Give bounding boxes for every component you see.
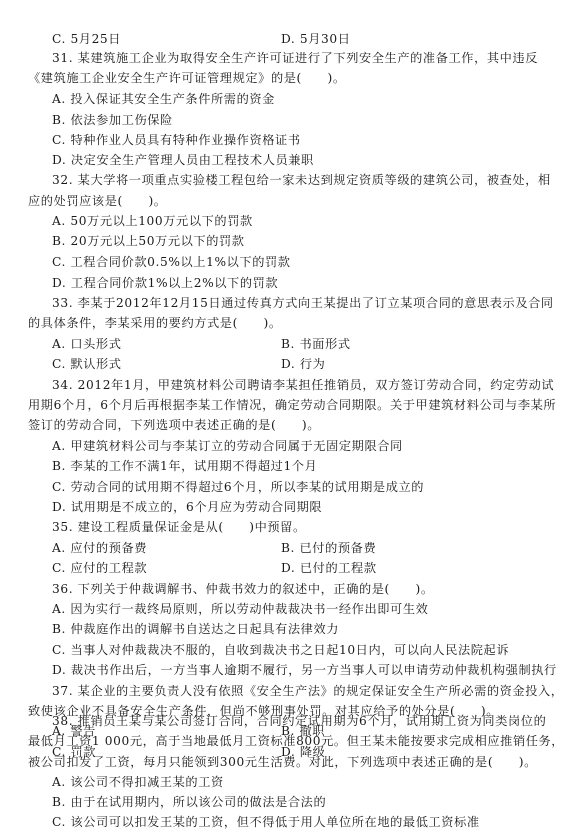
question-38-stem-cont-1: 最低月工资1 000元，高于当地最低月工资标准800元。但王某未能按要求完成相应… [28, 733, 564, 749]
option-38-a: A. 该公司不得扣减王某的工资 [52, 774, 224, 790]
option-35-b: B. 已付的预备费 [281, 540, 376, 556]
question-36-stem: 36. 下列关于仲裁调解书、仲裁书效力的叙述中，正确的是( )。 [52, 581, 434, 597]
option-31-d: D. 决定安全生产管理人员由工程技术人员兼职 [52, 152, 314, 168]
option-33-a: A. 口头形式 [52, 336, 122, 352]
question-33-stem-cont: 的具体条件，李某采用的要约方式是( )。 [28, 315, 282, 331]
option-35-d: D. 已付的工程款 [281, 560, 377, 576]
option-36-c: C. 当事人对仲裁裁决不服的，自收到裁决书之日起10日内，可以向人民法院起诉 [52, 642, 509, 658]
option-36-b: B. 仲裁庭作出的调解书自送达之日起具有法律效力 [52, 621, 339, 637]
question-31-stem-cont: 《建筑施工企业安全生产许可证管理规定》的是( )。 [28, 70, 346, 86]
question-32-stem: 32. 某大学将一项重点实验楼工程包给一家未达到规定资质等级的建筑公司，被查处，… [52, 172, 551, 188]
question-38-stem-cont-2: 被公司扣发了工资，每月只能领到300元生活费。对此，下列选项中表述正确的是( )… [28, 754, 537, 770]
option-34-a: A. 甲建筑材料公司与李某订立的劳动合同属于无固定期限合同 [52, 438, 403, 454]
option-38-b: B. 由于在试用期内，所以该公司的做法是合法的 [52, 794, 326, 810]
option-38-c: C. 该公司可以扣发王某的工资，但不得低于用人单位所在地的最低工资标准 [52, 814, 480, 830]
option-33-d: D. 行为 [281, 356, 325, 372]
option-34-d: D. 试用期是不成立的，6个月应为劳动合同期限 [52, 499, 322, 515]
question-31-stem: 31. 某建筑施工企业为取得安全生产许可证进行了下列安全生产的准备工作，其中违反 [52, 50, 538, 66]
option-32-b: B. 20万元以上50万元以下的罚款 [52, 233, 245, 249]
option-33-c: C. 默认形式 [52, 356, 122, 372]
option-32-d: D. 工程合同价款1%以上2%以下的罚款 [52, 275, 278, 291]
option-34-c: C. 劳动合同的试用期不得超过6个月，所以李某的试用期是成立的 [52, 479, 424, 495]
option-32-a: A. 50万元以上100万元以下的罚款 [52, 213, 253, 229]
question-34-stem: 34. 2012年1月，甲建筑材料公司聘请李某担任推销员，双方签订劳动合同，约定… [52, 377, 554, 393]
option-31-b: B. 依法参加工伤保险 [52, 112, 173, 128]
option-31-a: A. 投入保证其安全生产条件所需的资金 [52, 91, 275, 107]
option-35-c: C. 应付的工程款 [52, 560, 147, 576]
option-30-d: D. 5月30日 [281, 31, 351, 47]
exam-page: C. 5月25日 D. 5月30日 31. 某建筑施工企业为取得安全生产许可证进… [0, 0, 580, 830]
question-35-stem: 35. 建设工程质量保证金是从( )中预留。 [52, 519, 306, 535]
question-34-stem-cont-2: 签订的劳动合同，下列选项中表述正确的是( )。 [28, 417, 320, 433]
question-33-stem: 33. 李某于2012年12月15日通过传真方式向王某提出了订立某项合同的意思表… [52, 295, 554, 311]
option-33-b: B. 书面形式 [281, 336, 351, 352]
question-34-stem-cont-1: 用期6个月，6个月后再根据李某工作情况，确定劳动合同期限。关于甲建筑材料公司与李… [28, 397, 556, 413]
option-36-d: D. 裁决书作出后，一方当事人逾期不履行，另一方当事人可以申请劳动仲裁机构强制执… [52, 662, 557, 678]
option-34-b: B. 李某的工作不满1年，试用期不得超过1个月 [52, 458, 317, 474]
option-31-c: C. 特种作业人员具有特种作业操作资格证书 [52, 132, 301, 148]
option-36-a: A. 因为实行一裁终局原则，所以劳动仲裁裁决书一经作出即可生效 [52, 601, 428, 617]
option-30-c: C. 5月25日 [52, 31, 121, 47]
question-38-stem: 38. 推销员王某与某公司签订合同，合同约定试用期为6个月，试用期工资为同类岗位… [52, 713, 546, 729]
question-32-stem-cont: 应的处罚应该是( )。 [28, 193, 167, 209]
option-32-c: C. 工程合同价款0.5%以上1%以下的罚款 [52, 254, 291, 270]
option-35-a: A. 应付的预备费 [52, 540, 147, 556]
question-37-stem: 37. 某企业的主要负责人没有依照《安全生产法》的规定保证安全生产所必需的资金投… [52, 683, 564, 699]
